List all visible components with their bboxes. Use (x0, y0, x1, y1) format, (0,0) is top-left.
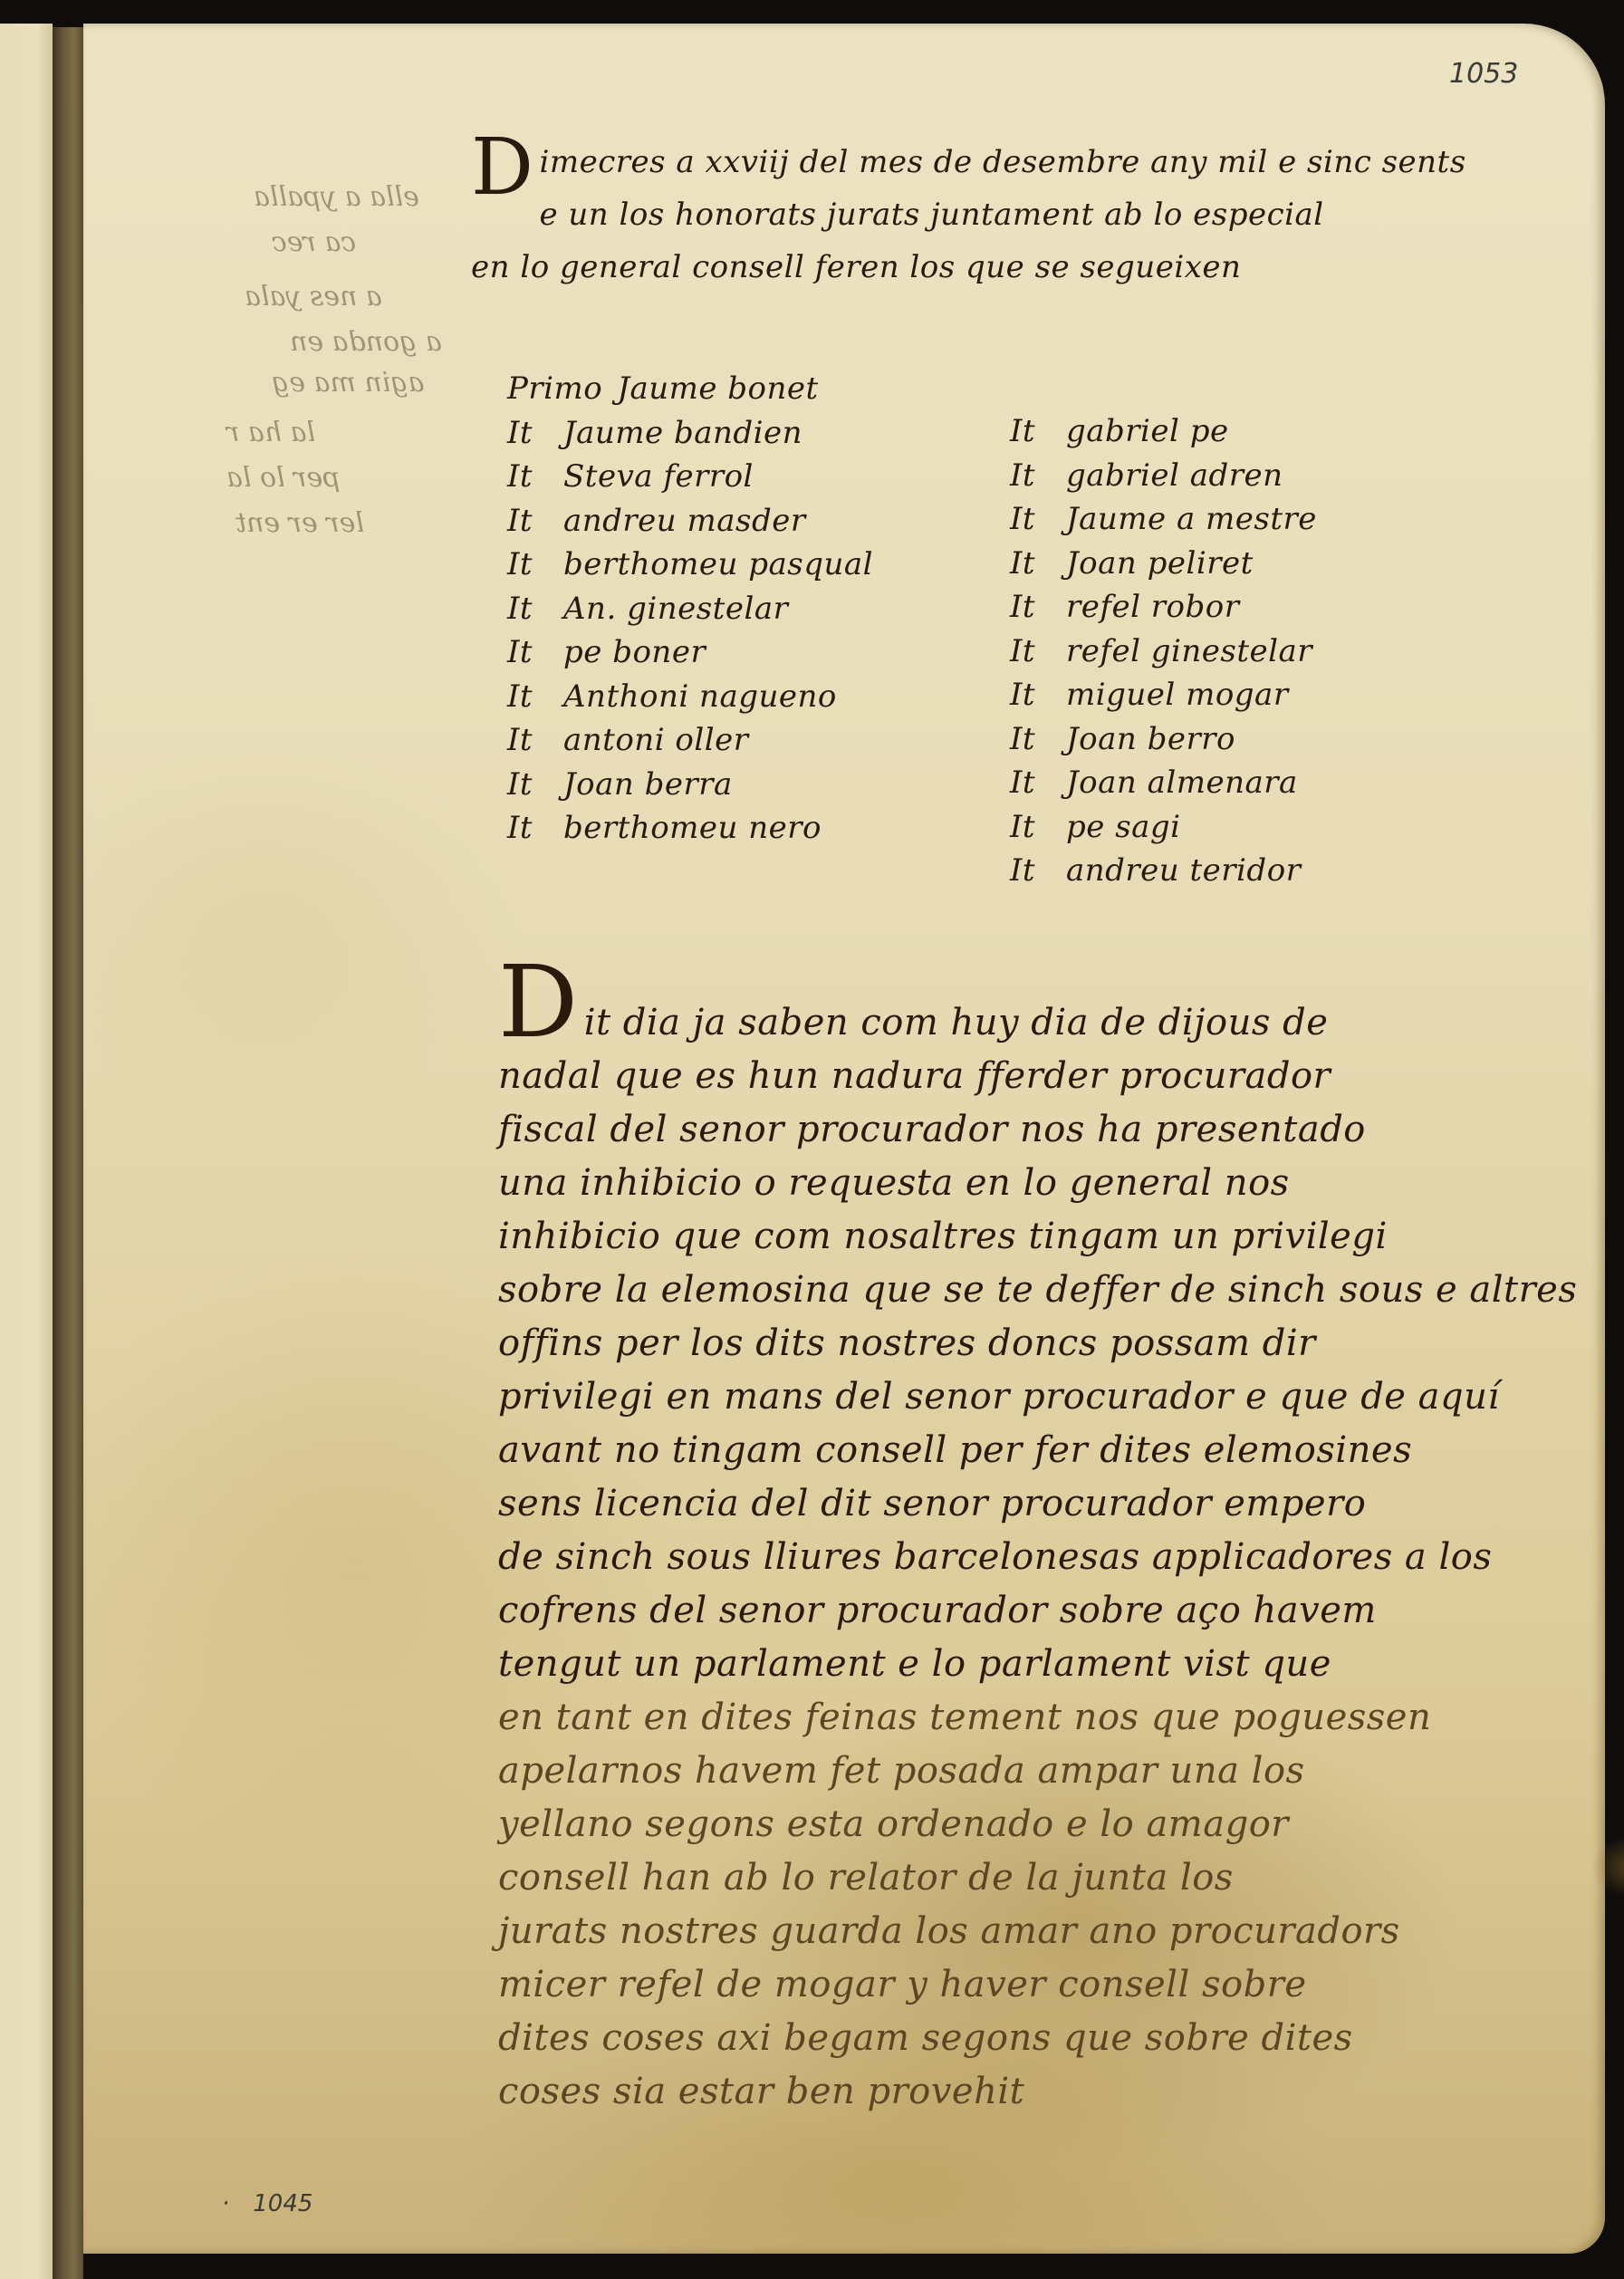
facing-page-edge (0, 24, 53, 2279)
item-marker: It (1010, 585, 1066, 630)
name-entry: ItJoan berro (1010, 717, 1317, 762)
item-marker: It (1010, 409, 1066, 454)
name-entry: Itberthomeu nero (507, 806, 873, 851)
name-entry: Itandreu masder (507, 499, 873, 543)
name: pe sagi (1066, 809, 1181, 845)
name: gabriel adren (1066, 457, 1283, 494)
item-marker: It (507, 806, 563, 851)
body-line: apelarnos havem fet posada ampar una los (498, 1745, 1540, 1798)
name-entry: Itgabriel pe (1010, 409, 1317, 454)
item-marker: It (507, 630, 563, 675)
body-line: micer refel de mogar y haver consell sob… (498, 1958, 1540, 2012)
name-entry: Itandreu teridor (1010, 849, 1317, 893)
name: refel ginestelar (1066, 633, 1312, 669)
item-marker: It (1010, 630, 1066, 674)
name: gabriel pe (1066, 413, 1229, 449)
item-marker: It (507, 543, 563, 587)
name-entry: Itrefel ginestelar (1010, 630, 1317, 674)
name: refel robor (1066, 589, 1239, 625)
body-line: yellano segons esta ordenado e lo amagor (498, 1798, 1540, 1851)
name: andreu masder (563, 503, 806, 539)
name-entry: ItAn. ginestelar (507, 587, 873, 631)
item-marker: It (1010, 849, 1066, 893)
folio-number-bottom: ·1045 (222, 2190, 312, 2217)
body-line: avant no tingam consell per fer dites el… (498, 1424, 1540, 1477)
name: Joan berra (563, 766, 733, 803)
item-marker: It (507, 763, 563, 807)
offset-line: per lo la (226, 462, 341, 494)
header-line: imecres a xxviij del mes de desembre any… (471, 136, 1558, 188)
item-marker: It (507, 587, 563, 631)
body-line: jurats nostres guarda los amar ano procu… (498, 1905, 1540, 1958)
body-line: nadal que es hun nadura fferder procurad… (498, 1050, 1540, 1103)
offset-line: a nes yala (245, 281, 382, 313)
decorated-initial: D (498, 958, 579, 1045)
offset-line: ler er ent (235, 507, 364, 539)
name-entry: Itpe boner (507, 630, 873, 675)
name-entry: ItJaume bandien (507, 411, 873, 456)
name: Anthoni nagueno (563, 678, 837, 715)
book-gutter (53, 27, 83, 2279)
item-marker: It (507, 411, 563, 456)
water-stain (1591, 1835, 1624, 1899)
body-line: it dia ja saben com huy dia de dijous de (498, 951, 1540, 1050)
name: Joan peliret (1066, 545, 1254, 582)
names-list-right: Itgabriel pe Itgabriel adren ItJaume a m… (1010, 409, 1317, 893)
body-line: en tant en dites feinas tement nos que p… (498, 1691, 1540, 1745)
name-entry: Itmiguel mogar (1010, 673, 1317, 717)
name: pe boner (563, 634, 706, 670)
header-entry: D imecres a xxviij del mes de desembre a… (471, 136, 1558, 293)
offset-line: ella a ypalla (254, 181, 419, 213)
name: Steva ferrol (563, 458, 754, 495)
name-entry: Itberthomeu pasqual (507, 543, 873, 587)
name-entry: Itrefel robor (1010, 585, 1317, 630)
name: An. ginestelar (563, 591, 788, 627)
body-line: una inhibicio o requesta en lo general n… (498, 1157, 1540, 1210)
name-entry: Itpe sagi (1010, 805, 1317, 850)
item-marker: It (1010, 497, 1066, 542)
name: berthomeu nero (563, 810, 822, 846)
item-marker: It (507, 455, 563, 499)
name: Joan berro (1066, 721, 1235, 757)
name: Jaume a mestre (1066, 501, 1317, 537)
name: miguel mogar (1066, 677, 1289, 713)
body-line: sens licencia del dit senor procurador e… (498, 1477, 1540, 1531)
offset-line: a gonda en (290, 326, 442, 358)
item-marker: It (1010, 454, 1066, 498)
body-line: fiscal del senor procurador nos ha prese… (498, 1103, 1540, 1157)
name: Jaume bonet (617, 370, 818, 407)
body-line: de sinch sous lliures barcelonesas appli… (498, 1531, 1540, 1584)
name: antoni oller (563, 722, 748, 758)
header-line: e un los honorats jurats juntament ab lo… (471, 188, 1558, 241)
item-marker: It (507, 499, 563, 543)
name-entry: Itgabriel adren (1010, 454, 1317, 498)
body-line: tengut un parlament e lo parlament vist … (498, 1638, 1540, 1691)
item-marker: It (1010, 542, 1066, 586)
offset-line: ca rec (272, 226, 356, 258)
offset-line: agin ma eg (272, 367, 424, 399)
body-line: inhibicio que com nosaltres tingam un pr… (498, 1210, 1540, 1264)
name-entry: Itantoni oller (507, 718, 873, 763)
name: andreu teridor (1066, 852, 1301, 889)
decorated-initial: D (471, 136, 533, 199)
name-entry: ItJoan berra (507, 763, 873, 807)
name-entry: ItSteva ferrol (507, 455, 873, 499)
header-line: en lo general consell feren los que se s… (471, 241, 1558, 293)
item-marker: It (1010, 673, 1066, 717)
folio-number-top: 1053 (1449, 58, 1518, 90)
name-entry: Primo Jaume bonet (507, 367, 873, 411)
name-entry: ItJoan peliret (1010, 542, 1317, 586)
name-entry: ItJaume a mestre (1010, 497, 1317, 542)
item-marker: It (1010, 761, 1066, 805)
names-list-left: Primo Jaume bonet ItJaume bandien ItStev… (507, 367, 873, 851)
name: Jaume bandien (563, 415, 802, 451)
body-line: coses sia estar ben provehit (498, 2065, 1540, 2119)
body-line: dites coses axi begam segons que sobre d… (498, 2012, 1540, 2065)
name: berthomeu pasqual (563, 546, 873, 582)
name: Joan almenara (1066, 764, 1298, 801)
body-entry: D it dia ja saben com huy dia de dijous … (498, 951, 1540, 2119)
name-entry: ItJoan almenara (1010, 761, 1317, 805)
name-entry: ItAnthoni nagueno (507, 675, 873, 719)
body-line: cofrens del senor procurador sobre aço h… (498, 1584, 1540, 1638)
item-marker: Primo (507, 367, 607, 411)
item-marker: It (507, 675, 563, 719)
body-line: offins per los dits nostres doncs possam… (498, 1317, 1540, 1370)
body-line: sobre la elemosina que se te deffer de s… (498, 1264, 1540, 1317)
item-marker: It (1010, 805, 1066, 850)
item-marker: It (1010, 717, 1066, 762)
item-marker: It (507, 718, 563, 763)
body-line: consell han ab lo relator de la junta lo… (498, 1851, 1540, 1905)
body-line: privilegi en mans del senor procurador e… (498, 1370, 1540, 1424)
offset-line: la ha r (226, 417, 315, 448)
